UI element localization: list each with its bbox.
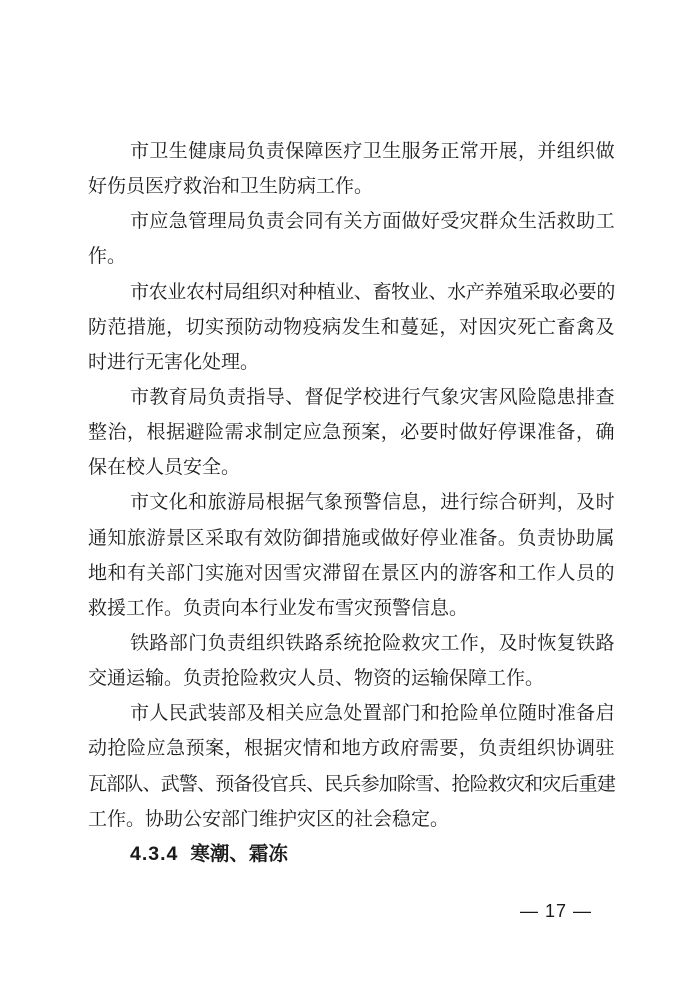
paragraph-line: 市教育局负责指导、督促学校进行气象灾害风险隐患排查 xyxy=(88,380,615,415)
page-number: — 17 — xyxy=(520,901,592,921)
paragraph-line: 市农业农村局组织对种植业、畜牧业、水产养殖采取必要的 xyxy=(88,275,615,310)
line-text: 地和有关部门实施对因雪灾滞留在景区内的游客和工作人员的 xyxy=(88,563,615,584)
paragraph-line: 市文化和旅游局根据气象预警信息，进行综合研判，及时 xyxy=(88,485,615,520)
paragraph-line: 市应急管理局负责会同有关方面做好受灾群众生活救助工 xyxy=(88,204,615,239)
document-body: 市卫生健康局负责保障医疗卫生服务正常开展，并组织做好伤员医疗救治和卫生防病工作。… xyxy=(88,134,615,872)
paragraph-line: 通知旅游景区采取有效防御措施或做好停业准备。负责协助属 xyxy=(88,521,615,556)
line-text: 通知旅游景区采取有效防御措施或做好停业准备。负责协助属 xyxy=(88,528,615,549)
paragraph-line: 市卫生健康局负责保障医疗卫生服务正常开展，并组织做 xyxy=(88,134,615,169)
paragraph-line: 市人民武装部及相关应急处置部门和抢险单位随时准备启 xyxy=(88,696,615,731)
section-title: 寒潮、霜冻 xyxy=(190,843,288,865)
paragraph-line: 时进行无害化处理。 xyxy=(88,345,615,380)
line-text: 瓦部队、武警、预备役官兵、民兵参加除雪、抢险救灾和灾后重建 xyxy=(88,774,615,795)
line-text: 保在校人员安全。 xyxy=(88,457,240,478)
paragraph-line: 保在校人员安全。 xyxy=(88,450,615,485)
line-text: 交通运输。负责抢险救灾人员、物资的运输保障工作。 xyxy=(88,668,544,689)
section-heading: 4.3.4寒潮、霜冻 xyxy=(88,837,615,872)
line-text: 市文化和旅游局根据气象预警信息，进行综合研判，及时 xyxy=(130,492,615,513)
paragraph-line: 救援工作。负责向本行业发布雪灾预警信息。 xyxy=(88,591,615,626)
paragraph-line: 好伤员医疗救治和卫生防病工作。 xyxy=(88,169,615,204)
paragraph-line: 动抢险应急预案，根据灾情和地方政府需要，负责组织协调驻 xyxy=(88,731,615,766)
section-number: 4.3.4 xyxy=(130,843,178,865)
paragraphs-container: 市卫生健康局负责保障医疗卫生服务正常开展，并组织做好伤员医疗救治和卫生防病工作。… xyxy=(88,134,615,837)
paragraph-line: 整治，根据避险需求制定应急预案，必要时做好停课准备，确 xyxy=(88,415,615,450)
line-text: 防范措施，切实预防动物疫病发生和蔓延，对因灾死亡畜禽及 xyxy=(88,317,615,338)
line-text: 时进行无害化处理。 xyxy=(88,352,259,373)
line-text: 市卫生健康局负责保障医疗卫生服务正常开展，并组织做 xyxy=(130,141,615,162)
line-text: 整治，根据避险需求制定应急预案，必要时做好停课准备，确 xyxy=(88,422,615,443)
line-text: 市人民武装部及相关应急处置部门和抢险单位随时准备启 xyxy=(130,703,615,724)
paragraph-line: 防范措施，切实预防动物疫病发生和蔓延，对因灾死亡畜禽及 xyxy=(88,310,615,345)
line-text: 市农业农村局组织对种植业、畜牧业、水产养殖采取必要的 xyxy=(130,282,615,303)
line-text: 救援工作。负责向本行业发布雪灾预警信息。 xyxy=(88,598,468,619)
paragraph-line: 交通运输。负责抢险救灾人员、物资的运输保障工作。 xyxy=(88,661,615,696)
paragraph-line: 作。 xyxy=(88,239,615,274)
paragraph-line: 工作。协助公安部门维护灾区的社会稳定。 xyxy=(88,802,615,837)
line-text: 动抢险应急预案，根据灾情和地方政府需要，负责组织协调驻 xyxy=(88,738,615,759)
paragraph-line: 铁路部门负责组织铁路系统抢险救灾工作，及时恢复铁路 xyxy=(88,626,615,661)
line-text: 好伤员医疗救治和卫生防病工作。 xyxy=(88,176,373,197)
line-text: 市教育局负责指导、督促学校进行气象灾害风险隐患排查 xyxy=(130,387,615,408)
line-text: 铁路部门负责组织铁路系统抢险救灾工作，及时恢复铁路 xyxy=(130,633,615,654)
document-page: 市卫生健康局负责保障医疗卫生服务正常开展，并组织做好伤员医疗救治和卫生防病工作。… xyxy=(0,0,700,990)
paragraph-line: 地和有关部门实施对因雪灾滞留在景区内的游客和工作人员的 xyxy=(88,556,615,591)
line-text: 工作。协助公安部门维护灾区的社会稳定。 xyxy=(88,809,449,830)
line-text: 市应急管理局负责会同有关方面做好受灾群众生活救助工 xyxy=(130,211,615,232)
paragraph-line: 瓦部队、武警、预备役官兵、民兵参加除雪、抢险救灾和灾后重建 xyxy=(88,767,615,802)
line-text: 作。 xyxy=(88,246,126,267)
